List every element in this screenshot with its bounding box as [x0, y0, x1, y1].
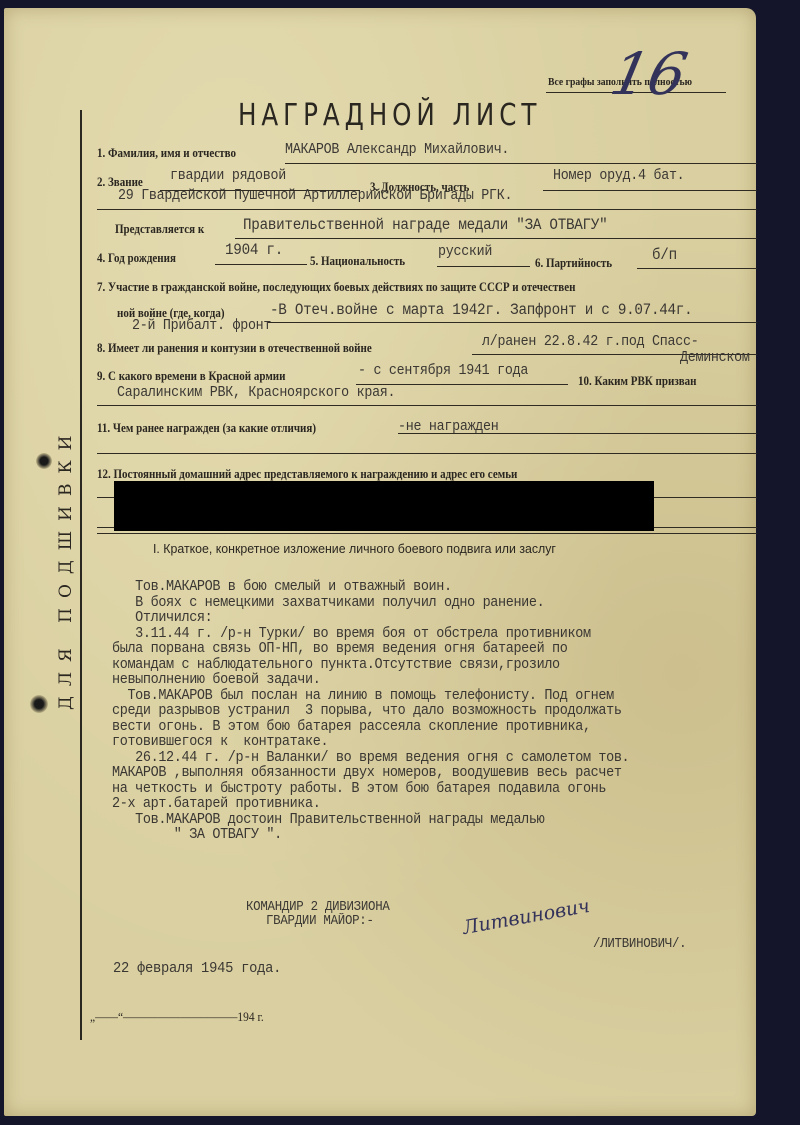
narrative-line: Тов.МАКАРОВ в бою смелый и отважный воин…	[112, 580, 629, 596]
field-4-label: 4. Год рождения	[97, 251, 176, 266]
field-8-value: л/ранен 22.8.42 г.под Спасс-	[482, 334, 698, 350]
address-redaction	[114, 481, 654, 531]
handwritten-sheet-number: 16	[605, 40, 693, 108]
narrative-line: вести огонь. В этом бою батарея рассеяла…	[112, 720, 629, 736]
field-3-value-line2: 29 Гвардейской Пушечной Артиллерийской Б…	[118, 188, 512, 204]
narrative-line: 3.11.44 г. /р-н Турки/ во время боя от о…	[112, 627, 629, 643]
field-12-label: 12. Постоянный домашний адрес представля…	[97, 467, 517, 482]
narrative-block: Тов.МАКАРОВ в бою смелый и отважный воин…	[112, 580, 629, 844]
punch-hole-top	[36, 453, 52, 469]
narrative-line: Тов.МАКАРОВ достоин Правительственной на…	[112, 813, 629, 829]
field-3-underline	[543, 190, 757, 191]
field-11-underline-2	[97, 453, 757, 454]
signer-position-line1: КОМАНДИР 2 ДИВИЗИОНА	[246, 900, 390, 915]
narrative-line: была порвана связь ОП-НП, во время веден…	[112, 642, 629, 658]
nominated-label: Представляется к	[115, 222, 204, 237]
narrative-line: " ЗА ОТВАГУ ".	[112, 828, 629, 844]
narrative-line: 26.12.44 г. /р-н Валанки/ во время веден…	[112, 751, 629, 767]
field-10-underline	[97, 405, 757, 406]
field-3-value: Номер оруд.4 бат.	[553, 168, 684, 184]
field-5-underline	[437, 266, 530, 267]
field-8-value-line2: Деминском	[680, 350, 750, 366]
narrative-line: на четкость и быстроту работы. В этом бо…	[112, 782, 629, 798]
field-5-value: русский	[438, 244, 492, 260]
narrative-line: Отличился:	[112, 611, 629, 627]
field-6-value: б/п	[652, 246, 677, 264]
field-11-label: 11. Чем ранее награжден (за какие отличи…	[97, 421, 316, 436]
field-9-value: - с сентября 1941 года	[358, 363, 528, 379]
signer-position-line2: ГВАРДИИ МАЙОР:-	[266, 914, 374, 929]
narrative-line: готовившегося к контратаке.	[112, 735, 629, 751]
narrative-line: командам с наблюдательного пункта.Отсутс…	[112, 658, 629, 674]
narrative-line: Тов.МАКАРОВ был послан на линию в помощь…	[112, 689, 629, 705]
field-10-label: 10. Каким РВК призван	[578, 374, 697, 389]
document-date: 22 февраля 1945 года.	[113, 960, 281, 977]
field-5-label: 5. Национальность	[310, 254, 405, 269]
field-1-value: МАКАРОВ Александр Михайлович.	[285, 142, 509, 158]
field-1-label: 1. Фамилия, имя и отчество	[97, 146, 236, 161]
narrative-line: МАКАРОВ ,выполняя обязанности двух номер…	[112, 766, 629, 782]
field-10-value: Саралинским РВК, Красноярского края.	[117, 385, 395, 401]
nominated-value: Правительственной награде медали "ЗА ОТВ…	[243, 216, 607, 234]
field-12-underline-3	[97, 533, 757, 534]
page-title: НАГРАДНОЙ ЛИСТ	[238, 98, 541, 133]
field-1-underline	[285, 163, 757, 164]
field-7-value-line2: 2-й Прибалт. фронт	[132, 318, 271, 334]
field-7-underline	[268, 322, 757, 323]
binding-margin-label: ДЛЯ ПОДШИВКИ	[56, 426, 76, 710]
field-2-value: гвардии рядовой	[170, 168, 286, 184]
field-6-underline	[637, 268, 757, 269]
field-4-underline	[215, 264, 307, 265]
field-3-underline-2	[97, 209, 757, 210]
field-4-value: 1904 г.	[225, 241, 283, 259]
field-9-label: 9. С какого времени в Красной армии	[97, 369, 285, 384]
field-7-label-line1: 7. Участие в гражданской войне, последую…	[97, 280, 575, 295]
narrative-line: невыполнению боевой задачи.	[112, 673, 629, 689]
punch-hole-bottom	[30, 695, 48, 713]
narrative-line: В боях с немецкими захватчиками получил …	[112, 596, 629, 612]
signer-name: /ЛИТВИНОВИЧ/.	[593, 937, 686, 952]
blank-date-line: „——“——————————194 г.	[90, 1009, 264, 1025]
narrative-line: среди разрывов устранил 3 порыва, что да…	[112, 704, 629, 720]
field-6-label: 6. Партийность	[535, 256, 612, 271]
field-11-underline	[398, 433, 757, 434]
narrative-line: 2-х арт.батарей противника.	[112, 797, 629, 813]
nominated-underline	[235, 238, 757, 239]
binding-margin-line	[80, 110, 82, 1040]
section-heading: I. Краткое, конкретное изложение личного…	[153, 541, 556, 556]
field-7-value: -В Отеч.войне с марта 1942г. Запфронт и …	[270, 301, 692, 319]
field-8-label: 8. Имеет ли ранения и контузии в отечест…	[97, 341, 372, 356]
